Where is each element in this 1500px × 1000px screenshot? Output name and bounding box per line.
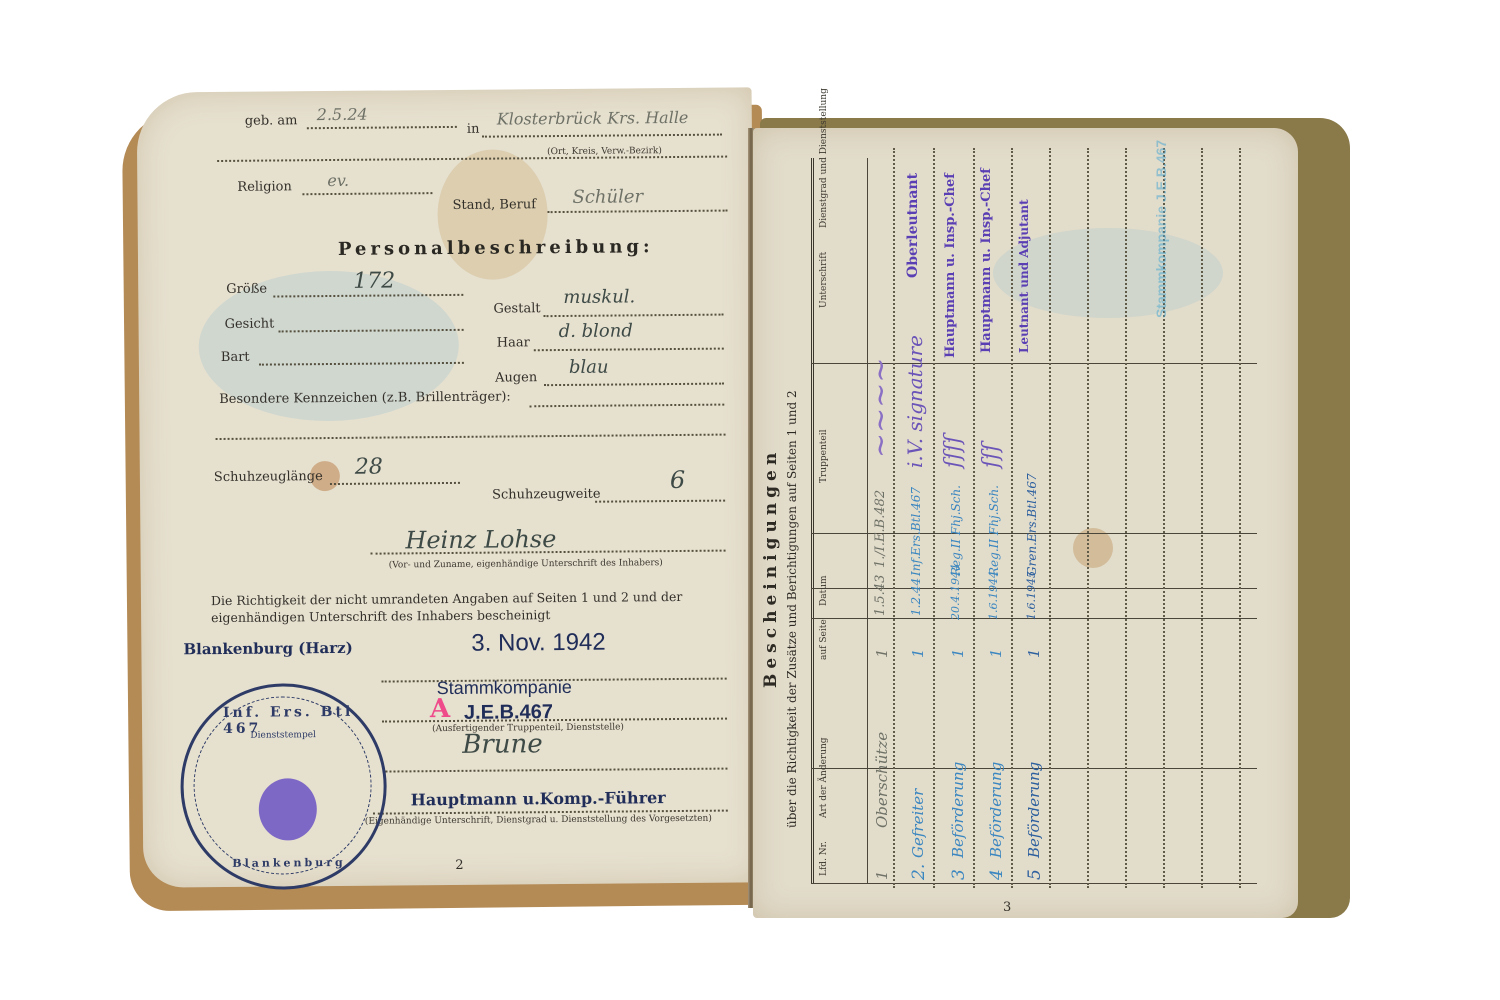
holder-signature: Heinz Lohse — [405, 525, 556, 554]
row-line-4 — [1011, 148, 1013, 888]
booklet: geb. am 2.5.24 in Klosterbrück Krs. Hall… — [120, 88, 1350, 928]
marks-line — [529, 404, 724, 408]
born-value: 2.5.24 — [317, 105, 368, 124]
row-line-1 — [893, 148, 895, 888]
born-line — [307, 126, 457, 129]
row1-dienstgrad: Oberleutnant — [905, 173, 921, 278]
eagle-emblem-icon: Dienststempel — [213, 730, 353, 761]
row3-seite: 1 — [949, 648, 967, 658]
shoe-length-label: Schuhzeuglänge — [214, 469, 323, 485]
height-label: Größe — [226, 282, 267, 297]
col-header-datum: Datum — [819, 575, 829, 606]
seal-bottom-text: Blankenburg — [232, 856, 346, 870]
born-label: geb. am — [245, 113, 298, 128]
eyes-line — [544, 383, 724, 387]
col-header-art: Art der Änderung — [819, 737, 829, 818]
beard-label: Bart — [221, 350, 250, 365]
row5-nr: 5 — [1025, 869, 1045, 880]
profession-line — [548, 210, 728, 214]
col-header-seite: auf Seite — [819, 619, 829, 660]
table-left-border — [811, 158, 814, 883]
row5-seite: 1 — [1025, 648, 1043, 658]
religion-line — [302, 192, 432, 195]
shoe-length-value: 28 — [355, 455, 383, 480]
row1-truppenteil: 1./I.E.B.482 — [873, 490, 888, 568]
row4-truppenteil: Reg.II Fhj.Sch. — [987, 485, 1001, 576]
row-line-6 — [1087, 148, 1089, 888]
build-line — [543, 314, 723, 318]
eyes-value: blau — [569, 357, 609, 378]
row2-datum: 1.2.44 — [909, 578, 923, 616]
row5-art: Beförderung — [1025, 762, 1043, 858]
hair-value: d. blond — [559, 320, 633, 342]
in-value: Klosterbrück Krs. Halle — [497, 108, 689, 129]
row-line-5 — [1049, 148, 1051, 888]
row-line-9 — [1201, 148, 1203, 888]
shoe-width-value: 6 — [670, 466, 686, 494]
holder-signature-hint: (Vor- und Zuname, eigenhändige Unterschr… — [389, 558, 663, 570]
row2-seite: 1 — [909, 648, 927, 658]
build-label: Gestalt — [493, 301, 540, 316]
officer-rank-stamp: Hauptmann u.Komp.-Führer — [411, 788, 666, 809]
section-title: Personalbeschreibung: — [338, 236, 654, 260]
row1-art: Oberschütze — [873, 732, 891, 828]
seal-center-text: Dienststempel — [250, 730, 316, 741]
profession-label: Stand, Beruf — [452, 197, 536, 213]
row-line-3 — [973, 148, 975, 888]
row3-nr: 3 — [949, 869, 969, 880]
faded-stamp: Stammkompanie J.E.B.467 — [1153, 140, 1169, 318]
row1-seite: 1 — [873, 648, 891, 658]
row3-art: Beförderung — [949, 762, 967, 858]
in-label: in — [467, 122, 480, 137]
hair-label: Haar — [497, 335, 530, 350]
religion-value: ev. — [327, 171, 349, 190]
row4-nr: 4 — [987, 869, 1007, 880]
height-value: 172 — [353, 268, 395, 293]
row4-datum: 1.6.1944 — [987, 571, 1000, 620]
row2-dienstgrad: Hauptmann u. Insp.-Chef — [943, 173, 958, 358]
row5-datum: 1.6.1945 — [1025, 571, 1038, 620]
row4-seite: 1 — [987, 648, 1005, 658]
col-divider-header — [867, 158, 868, 883]
row-line-10 — [1239, 148, 1241, 888]
in-line — [482, 134, 722, 138]
place-stamp: Blankenburg (Harz) — [183, 639, 353, 658]
page-left: geb. am 2.5.24 in Klosterbrück Krs. Hall… — [137, 87, 759, 887]
col-header-truppenteil: Truppenteil — [819, 430, 829, 483]
shoe-width-line — [595, 500, 725, 503]
pink-mark: A — [430, 694, 450, 724]
row2-nr: 2. — [909, 864, 929, 880]
profession-value: Schüler — [572, 186, 643, 208]
water-stain — [437, 149, 548, 280]
col-header-dienstgrad: Dienstgrad und Dienststellung — [819, 88, 829, 228]
marks-line-2 — [216, 434, 726, 440]
marks-label: Besondere Kennzeichen (z.B. Brillenträge… — [219, 389, 511, 407]
officer-line — [382, 768, 727, 773]
unit-stamp-line1: Stammkompanie — [437, 677, 572, 699]
shoe-width-label: Schuhzeugweite — [492, 487, 601, 503]
row3-truppenteil: Reg.II Fhj.Sch. — [949, 485, 963, 576]
row2-art: Gefreiter — [909, 789, 927, 858]
date-stamp: 3. Nov. 1942 — [471, 629, 606, 658]
officer-hint: (Eigenhändige Unterschrift, Dienstgrad u… — [365, 814, 712, 827]
page-right: Bescheinigungen über die Richtigkeit der… — [753, 128, 1298, 918]
eyes-label: Augen — [495, 370, 537, 385]
row-line-7 — [1125, 148, 1127, 888]
build-value: muskul. — [563, 286, 635, 308]
row5-truppenteil: Gren.Ers.Btl.467 — [1025, 473, 1039, 576]
row3-dienstgrad: Hauptmann u. Insp.-Chef — [979, 168, 994, 353]
officer-signature: Brune — [462, 729, 543, 760]
table-bottom — [811, 883, 1257, 884]
page-number-right: 3 — [1003, 900, 1011, 915]
page-number-left: 2 — [455, 858, 463, 873]
row3-signature: ſſſſ — [941, 435, 966, 468]
certification-text: Die Richtigkeit der nicht umrandeten Ang… — [211, 588, 731, 627]
right-subtitle: über die Richtigkeit der Zusätze und Ber… — [785, 390, 799, 828]
right-title: Bescheinigungen — [761, 448, 781, 688]
face-label: Gesicht — [225, 317, 275, 332]
official-seal: Inf. Ers. Btl. 467 Dienststempel Blanken… — [180, 683, 388, 891]
col-header-nr: Lfd. Nr. — [819, 841, 829, 876]
hair-line — [534, 348, 724, 352]
rust-stain — [1073, 528, 1113, 568]
seal-purple-ink — [259, 778, 318, 841]
religion-label: Religion — [237, 179, 292, 194]
row1-datum: 1.5.43 — [873, 575, 888, 616]
col-header-unterschrift: Unterschrift — [819, 252, 829, 308]
row4-dienstgrad: Leutnant und Adjutant — [1017, 199, 1031, 353]
row1-nr: 1 — [873, 870, 891, 880]
row4-signature: ſſſ — [979, 444, 1004, 468]
row2-truppenteil: Inf.Ers.Btl.467 — [909, 487, 923, 576]
row-line-2 — [933, 148, 935, 888]
row2-signature: i.V. signature — [903, 335, 927, 468]
shoe-length-line — [330, 482, 460, 485]
row4-art: Beförderung — [987, 762, 1005, 858]
row1-signature: ~~~~ — [863, 357, 898, 458]
